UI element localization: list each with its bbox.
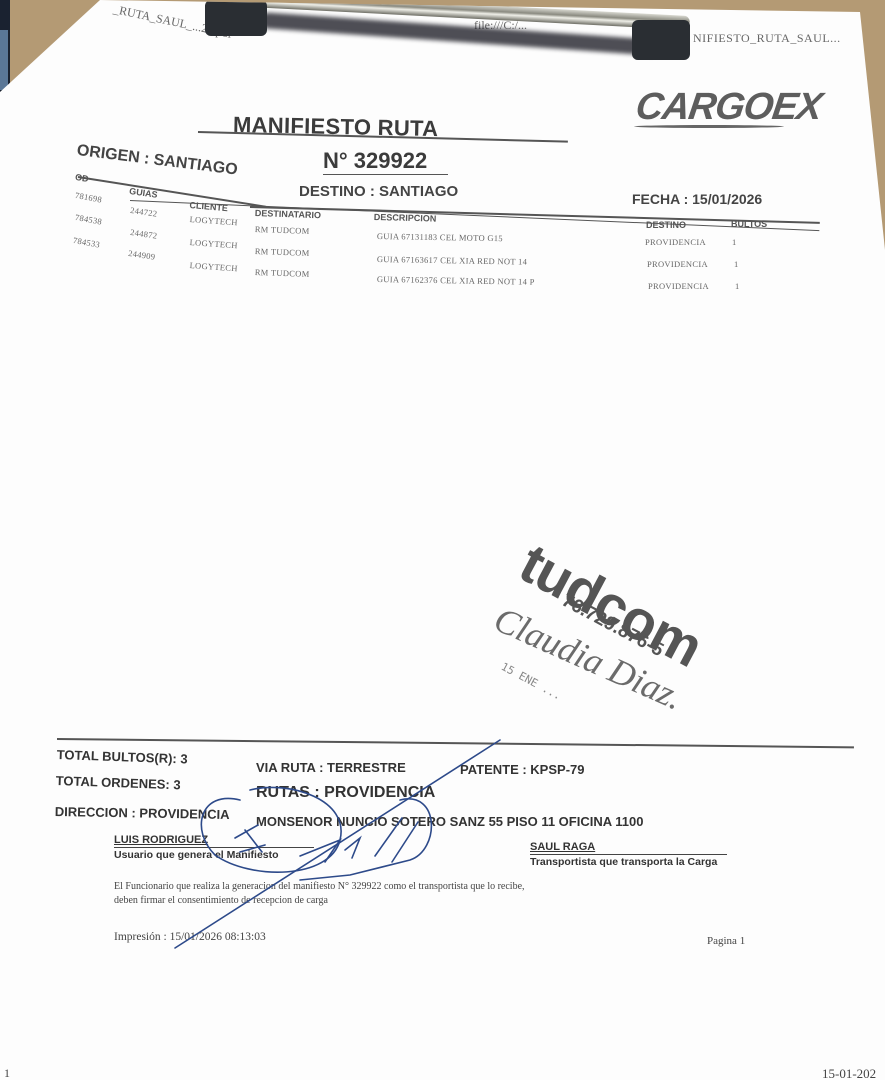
manifest-number: N° 329922 <box>323 148 427 174</box>
summary-rule <box>57 738 854 748</box>
cell-destino: PROVIDENCIA <box>648 281 709 291</box>
origin-label: ORIGEN : SANTIAGO <box>76 142 239 180</box>
direccion-value: MONSENOR NUNCIO SOTERO SANZ 55 PISO 11 O… <box>256 814 643 829</box>
logo-swoosh <box>634 125 784 128</box>
stamp-date: 15 ENE ... <box>499 660 564 703</box>
direccion-label: DIRECCION : PROVIDENCIA <box>55 804 230 822</box>
cell-cliente: LOGYTECH <box>189 237 238 250</box>
signer-right-line <box>530 854 727 855</box>
signer-left-role: Usuario que genera el Manifiesto <box>114 849 279 861</box>
signer-left-name: LUIS RODRIGUEZ <box>114 834 208 846</box>
number-underline <box>323 174 448 175</box>
cell-destino: PROVIDENCIA <box>645 237 706 247</box>
cell-cliente: LOGYTECH <box>189 260 238 273</box>
total-bultos: TOTAL BULTOS(R): 3 <box>56 747 187 767</box>
cell-od: 781698 <box>74 190 103 205</box>
patente: PATENTE : KPSP-79 <box>460 762 584 777</box>
background-fabric <box>0 30 8 90</box>
rutas: RUTAS : PROVIDENCIA <box>256 784 435 802</box>
cell-cliente: LOGYTECH <box>189 214 238 227</box>
cell-destinatario: RM TUDCOM <box>255 224 310 236</box>
col-destinatario: DESTINATARIO <box>255 208 321 220</box>
print-footer-date: 15-01-202 <box>822 1066 876 1080</box>
cell-descripcion: GUIA 67163617 CEL XIA RED NOT 14 <box>377 254 527 267</box>
total-ordenes: TOTAL ORDENES: 3 <box>55 773 180 792</box>
binder-clip-right <box>632 20 690 60</box>
cell-bultos: 1 <box>735 281 740 291</box>
cell-od: 784538 <box>74 212 103 227</box>
manifest-paper: _RUTA_SAUL_...22.pdf file:///C:/... NIFI… <box>0 0 885 1080</box>
signer-right-role: Transportista que transporta la Carga <box>530 856 717 868</box>
print-timestamp: Impresión : 15/01/2026 08:13:03 <box>114 931 266 943</box>
print-header-filename-right: NIFIESTO_RUTA_SAUL... <box>693 31 841 46</box>
cell-bultos: 1 <box>732 237 737 247</box>
consent-note-line1: El Funcionario que realiza la generacion… <box>114 881 525 892</box>
cell-descripcion: GUIA 67162376 CEL XIA RED NOT 14 P <box>377 274 535 287</box>
cell-bultos: 1 <box>734 259 739 269</box>
cell-destinatario: RM TUDCOM <box>255 246 310 258</box>
cell-od: 784533 <box>72 235 101 250</box>
via-ruta: VIA RUTA : TERRESTRE <box>256 760 406 775</box>
col-od: OD <box>74 172 89 184</box>
print-footer-page: 1 <box>4 1066 10 1080</box>
cell-destino: PROVIDENCIA <box>647 259 708 269</box>
cargoex-logo: CARGOEX <box>633 86 824 129</box>
consent-note-line2: deben firmar el consentimiento de recepc… <box>114 895 328 906</box>
cell-guia: 244909 <box>128 248 156 262</box>
signer-left-line <box>114 847 314 848</box>
cell-descripcion: GUIA 67131183 CEL MOTO G15 <box>377 231 503 243</box>
cell-guia: 244872 <box>130 227 158 241</box>
page-number: Pagina 1 <box>707 935 745 947</box>
destination-label: DESTINO : SANTIAGO <box>299 183 458 200</box>
cell-destinatario: RM TUDCOM <box>255 267 310 279</box>
binder-clip-left <box>205 0 267 36</box>
date-label: FECHA : 15/01/2026 <box>632 191 762 207</box>
signer-right-name: SAUL RAGA <box>530 841 595 853</box>
cell-guia: 244722 <box>130 205 158 219</box>
